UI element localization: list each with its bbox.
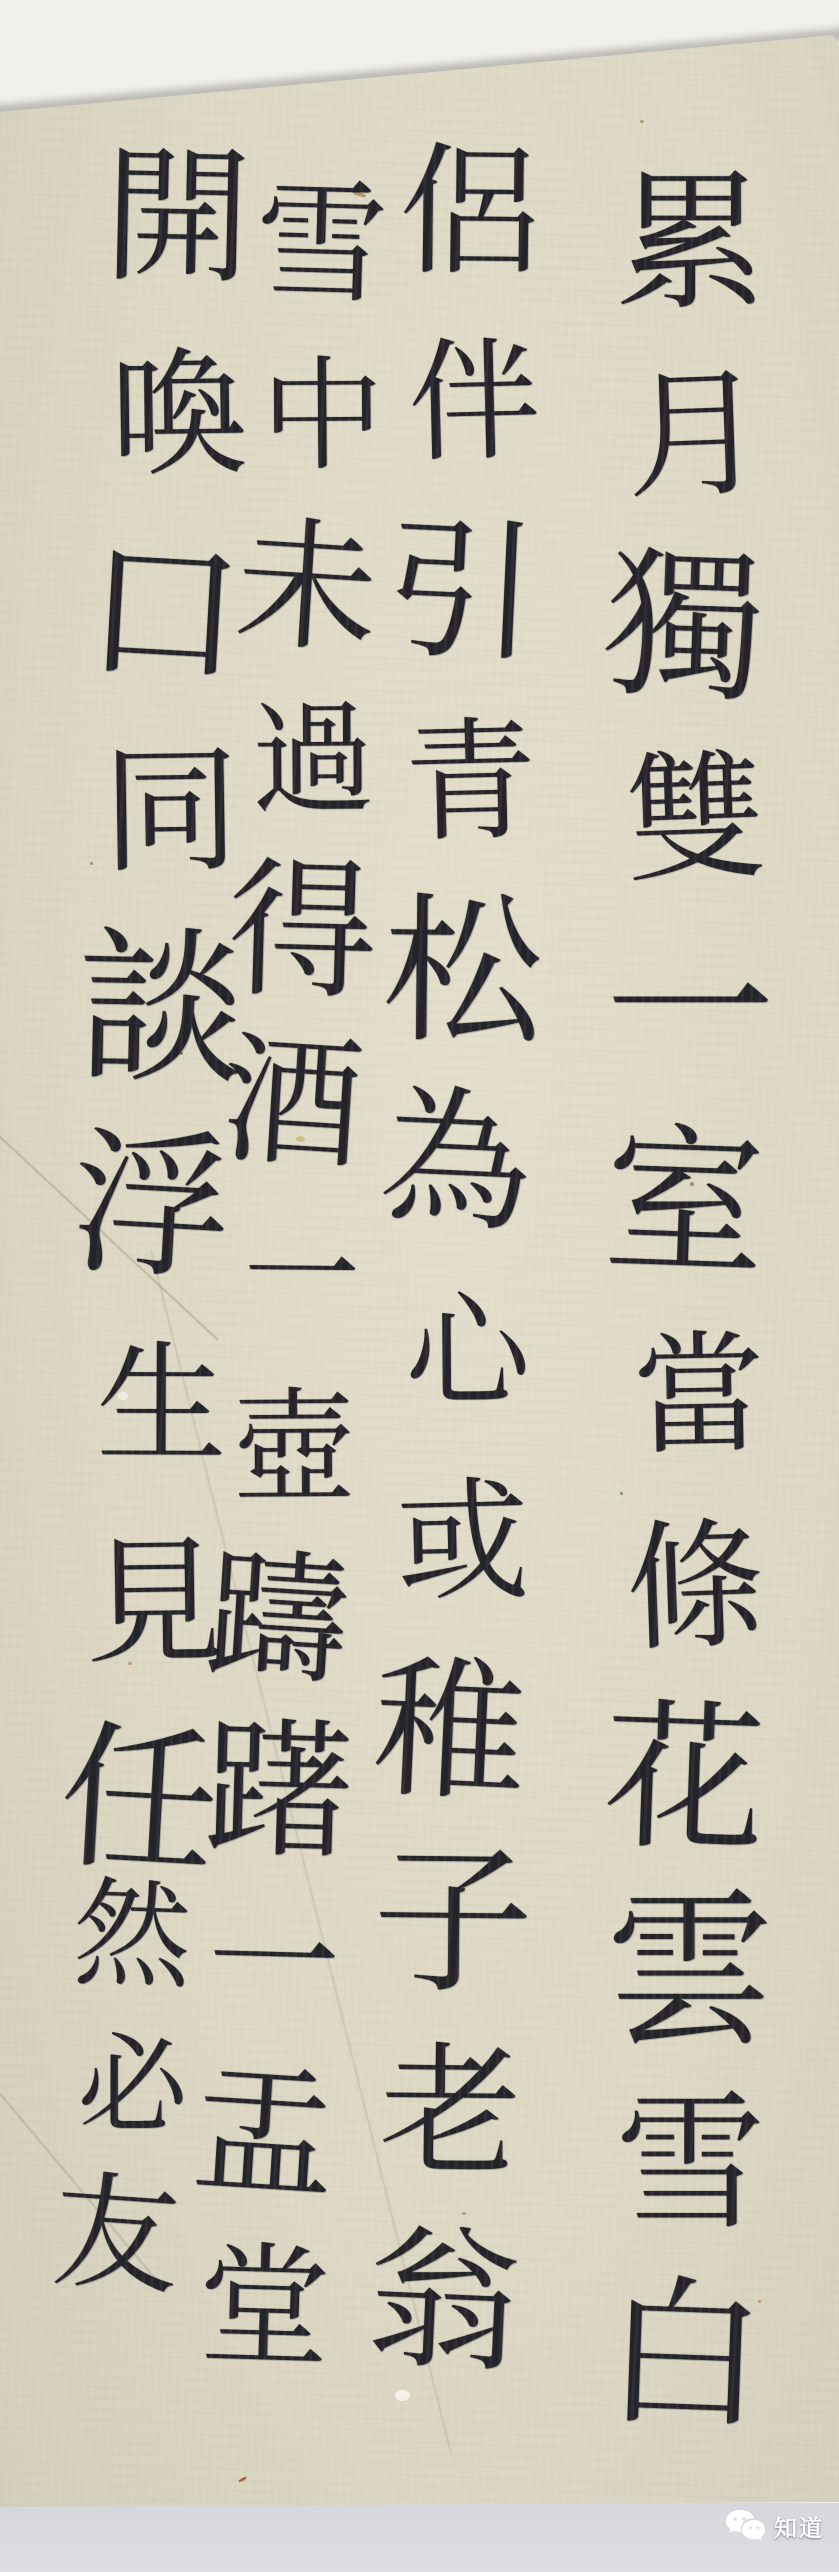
paper-fleck — [758, 2300, 761, 2303]
paper-fleck — [395, 2390, 410, 2401]
calligraphy-column-3: 雪中未過得酒一壺躊躇一盂堂 — [157, 156, 429, 2397]
wechat-logo-icon — [724, 2508, 768, 2544]
paper-fleck — [420, 930, 425, 934]
paper-fleck — [640, 120, 644, 123]
calligraphy-character: 一 — [205, 1876, 342, 2052]
calligraphy-character: 浮 — [67, 1096, 237, 1316]
calligraphy-character: 心 — [404, 1269, 530, 1437]
calligraphy-character: 白 — [601, 2250, 769, 2461]
calligraphy-character: 同 — [101, 718, 241, 904]
calligraphy-character: 松 — [381, 865, 544, 1081]
calligraphy-character: 雪 — [615, 2068, 765, 2260]
calligraphy-character: 月 — [623, 344, 769, 527]
calligraphy-column-4: 開喚口同談浮生見任 — [27, 116, 294, 1902]
paper-fleck — [118, 1392, 128, 1400]
calligraphy-character: 室 — [601, 1098, 769, 1309]
calligraphy-character: 當 — [632, 1310, 767, 1481]
calligraphy-character: 一 — [243, 1200, 361, 1353]
paper-crease — [150, 1250, 452, 2454]
calligraphy-column-2: 侶伴引青松為心或稚子老翁 — [340, 117, 579, 2399]
calligraphy-character: 或 — [394, 1453, 530, 1633]
paper-fleck — [296, 1136, 305, 1142]
calligraphy-character: 伴 — [406, 313, 542, 493]
calligraphy-character: 喚 — [109, 322, 249, 508]
calligraphy-character: 口 — [79, 503, 249, 723]
calligraphy-column-1: 累月獨雙一室當條花雲雪白 — [568, 148, 813, 2452]
calligraphy-character: 獨 — [601, 522, 769, 733]
calligraphy-paper: 累月獨雙一室當條花雲雪白 侶伴引青松為心或稚子老翁 雪中未過得酒一壺躊躇一盂堂 … — [0, 0, 839, 2572]
calligraphy-photo: 累月獨雙一室當條花雲雪白 侶伴引青松為心或稚子老翁 雪中未過得酒一壺躊躇一盂堂 … — [0, 0, 839, 2572]
paper-crease — [0, 1128, 219, 1341]
calligraphy-character: 談 — [75, 895, 247, 1122]
calligraphy-character: 任 — [54, 1690, 224, 1910]
paper-fleck — [742, 620, 745, 623]
calligraphy-character: 酒 — [216, 1007, 369, 1200]
calligraphy-character: 生 — [96, 1318, 227, 1493]
paper-fleck — [620, 1492, 623, 1495]
calligraphy-character: 雪 — [253, 157, 390, 333]
zhidao-watermark: 知道 — [724, 2508, 824, 2544]
paper-fleck — [352, 190, 367, 199]
calligraphy-character: 雲 — [606, 1864, 776, 2081]
photo-bottom-strip — [0, 2503, 839, 2572]
paper-fleck — [238, 2476, 247, 2483]
paper-crease — [0, 2085, 161, 2285]
calligraphy-character: 壺 — [232, 1367, 356, 1528]
calligraphy-character: 老 — [379, 2017, 523, 2208]
calligraphy-character: 過 — [251, 680, 375, 841]
calligraphy-character: 青 — [402, 693, 538, 873]
calligraphy-character: 躇 — [201, 1693, 356, 1891]
calligraphy-character: 引 — [381, 488, 542, 698]
calligraphy-character: 未 — [231, 492, 384, 685]
paper-fleck — [180, 1052, 183, 1055]
paper-fleck — [90, 862, 93, 865]
calligraphy-character: 盂 — [187, 2039, 340, 2232]
calligraphy-character: 躊 — [202, 1523, 355, 1716]
calligraphy-character: 侶 — [398, 117, 542, 308]
calligraphy-character: 一 — [606, 904, 776, 1121]
calligraphy-character: 條 — [623, 1496, 769, 1679]
calligraphy-character: 中 — [261, 336, 385, 497]
calligraphy-character: 必 — [78, 2015, 188, 2155]
calligraphy-character: 子 — [371, 1815, 534, 2031]
calligraphy-character: 累 — [615, 148, 765, 340]
paper-fleck — [462, 2212, 466, 2215]
calligraphy-character: 友 — [48, 2150, 185, 2319]
calligraphy-character: 稚 — [369, 1628, 530, 1838]
calligraphy-character: 翁 — [363, 2198, 524, 2408]
calligraphy-character: 堂 — [196, 2220, 333, 2396]
calligraphy-character: 為 — [375, 1058, 536, 1268]
calligraphy-character: 得 — [225, 833, 380, 1031]
calligraphy-character: 然 — [71, 1858, 194, 2012]
calligraphy-character: 開 — [102, 117, 254, 318]
calligraphy-character: 花 — [601, 1674, 769, 1885]
calligraphy-character: 見 — [84, 1510, 224, 1696]
calligraphy-column-5: 然必友 — [14, 1856, 240, 2313]
paper-fleck — [690, 1182, 694, 1186]
paper-fleck — [128, 1662, 132, 1665]
watermark-brand-text: 知道 — [774, 2510, 824, 2543]
calligraphy-character: 雙 — [623, 728, 769, 911]
